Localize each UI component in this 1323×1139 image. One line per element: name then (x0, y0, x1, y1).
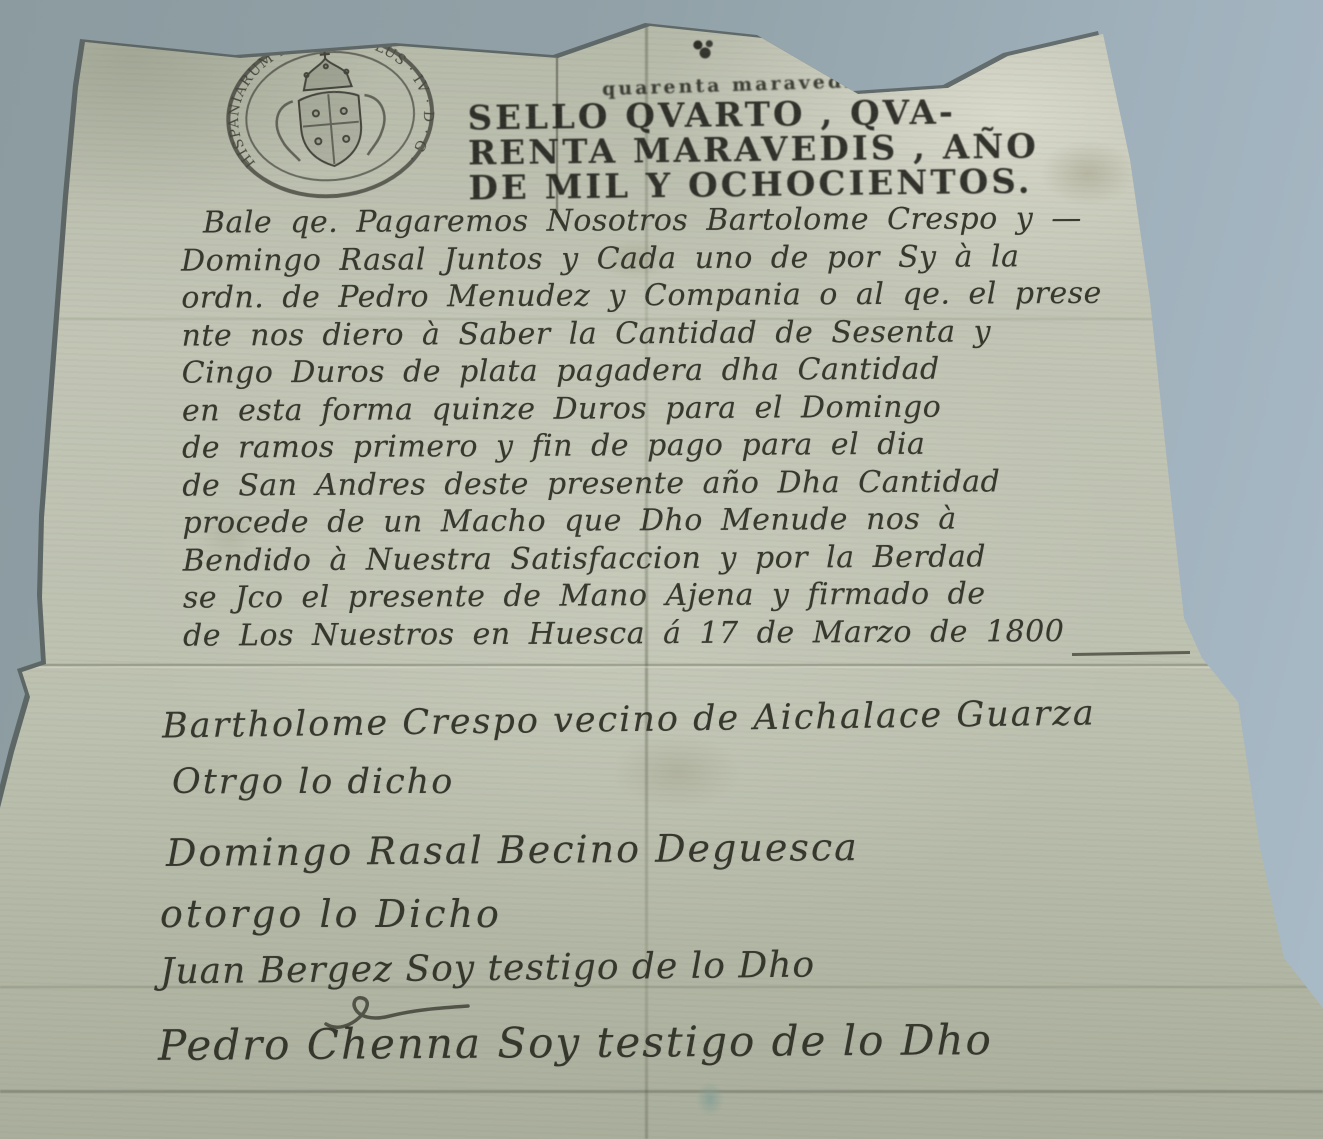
fold-crease-horizontal (0, 1090, 1323, 1093)
signature-line: Domingo Rasal Becino Deguesca (166, 825, 859, 875)
signature-line: Pedro Chenna Soy testigo de lo Dho (158, 1015, 993, 1070)
manuscript-line: Domingo Rasal Juntos y Cada uno de por S… (181, 237, 1191, 280)
royal-seal: HISPANIARUM REX · CAROLUS · IV · D · G · (217, 19, 447, 209)
manuscript-line: en esta forma quinze Duros para el Domin… (182, 387, 1192, 430)
document-paper: HISPANIARUM REX · CAROLUS · IV · D · G ·… (0, 0, 1323, 1139)
printer-ornament-mark (687, 34, 721, 61)
manuscript-line: de ramos primero y fin de pago para el d… (182, 424, 1192, 467)
manuscript-line: nte nos diero à Saber la Cantidad de Ses… (181, 312, 1191, 355)
signature-line: Juan Bergez Soy testigo de lo Dho (160, 945, 815, 993)
photo-backdrop: HISPANIARUM REX · CAROLUS · IV · D · G ·… (0, 0, 1323, 1139)
stain-spot (1040, 140, 1136, 206)
manuscript-line: Cingo Duros de plata pagadera dha Cantid… (182, 349, 1192, 392)
manuscript-body: Bale qe. Pagaremos Nosotros Bartolome Cr… (181, 199, 1193, 654)
signature-line: Bartholome Crespo vecino de Aichalace Gu… (162, 693, 1096, 746)
duty-stamp-heading: SELLO QVARTO , QVA- RENTA MARAVEDIS , AÑ… (467, 95, 1039, 207)
stain-spot (612, 734, 742, 810)
coat-of-arms-shield (298, 90, 364, 169)
manuscript-line: Bale qe. Pagaremos Nosotros Bartolome Cr… (181, 199, 1191, 242)
signature-line: Otrgo lo dicho (172, 762, 454, 802)
manuscript-line: procede de un Macho que Dho Menude nos à (182, 499, 1192, 542)
signature-line: otorgo lo Dicho (160, 892, 502, 936)
manuscript-line: ordn. de Pedro Menudez y Compania o al q… (181, 274, 1191, 317)
paper-hole (696, 1082, 724, 1116)
underline-mark (1072, 651, 1190, 656)
manuscript-line: de Los Nuestros en Huesca á 17 de Marzo … (183, 612, 1193, 655)
fold-crease-horizontal (0, 664, 1323, 668)
manuscript-line: de San Andres deste presente año Dha Can… (182, 462, 1192, 505)
manuscript-line: Bendido à Nuestra Satisfaccion y por la … (183, 537, 1193, 580)
manuscript-line: se Jco el presente de Mano Ajena y firma… (183, 574, 1193, 617)
